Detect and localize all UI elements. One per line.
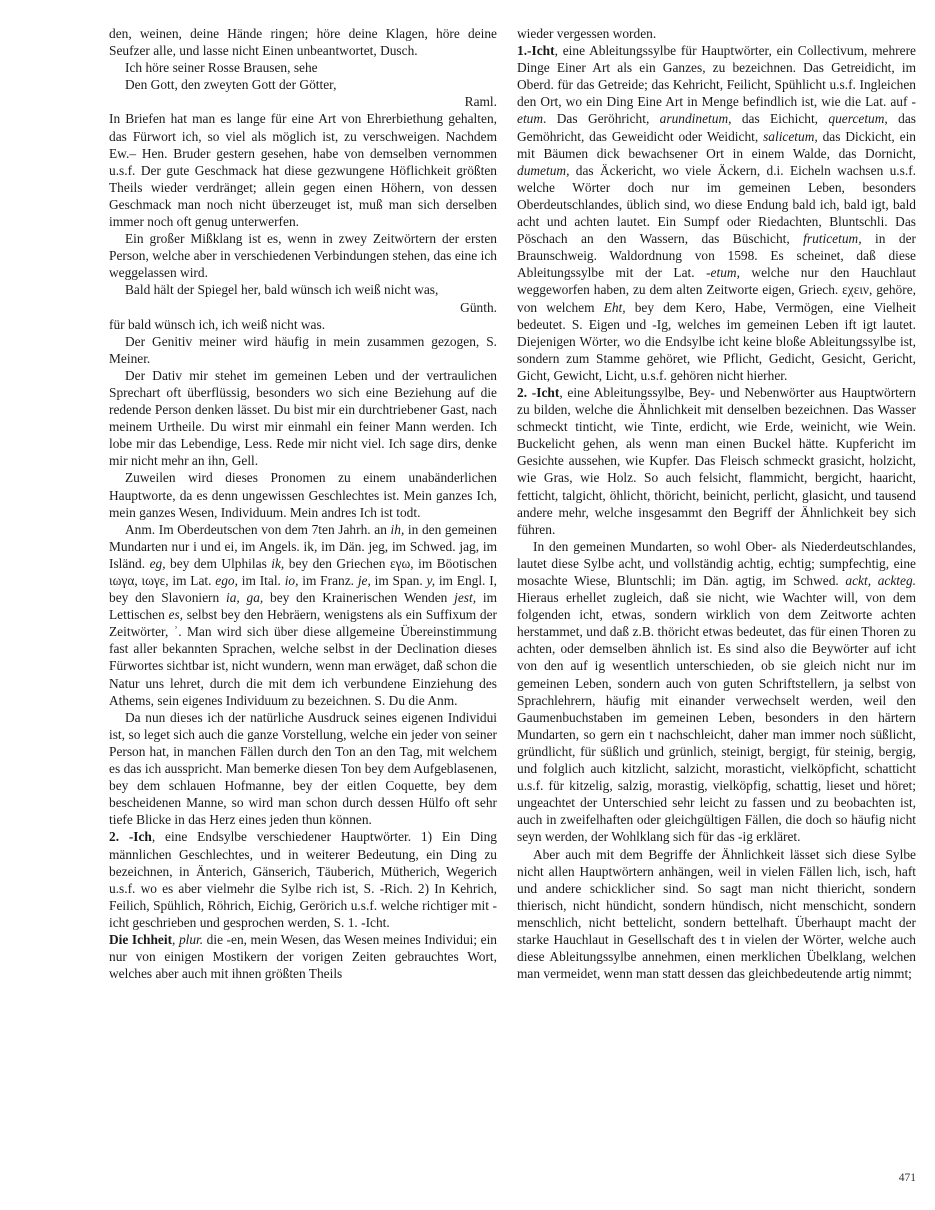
text-run: im Ital. bbox=[238, 573, 285, 588]
citation-attribution: Günth. bbox=[109, 299, 497, 316]
paragraph: In den gemeinen Mundarten, so wohl Ober-… bbox=[517, 538, 916, 846]
citation-attribution: Raml. bbox=[109, 93, 497, 110]
italic-term: y, bbox=[426, 573, 435, 588]
text-run: bey dem Ulphilas bbox=[166, 556, 272, 571]
verse-line: Bald hält der Spiegel her, bald wünsch i… bbox=[109, 281, 497, 298]
italic-term: ia, ga, bbox=[226, 590, 263, 605]
italic-term: es, bbox=[169, 607, 184, 622]
italic-term: fruticetum, bbox=[803, 231, 861, 246]
paragraph: wieder vergessen worden. bbox=[517, 25, 916, 42]
text-run: Der Dativ mir stehet im gemeinen Leben u… bbox=[109, 368, 497, 468]
italic-term: quercetum, bbox=[828, 111, 887, 126]
italic-term: jest, bbox=[454, 590, 476, 605]
text-run: , bbox=[172, 932, 179, 947]
dictionary-entry: 2. -Ich, eine Endsylbe verschiedener Hau… bbox=[109, 828, 497, 931]
text-run: Hieraus erhellet zugleich, daß sie nicht… bbox=[517, 590, 916, 844]
italic-term: eg, bbox=[150, 556, 166, 571]
paragraph: Ein großer Mißklang ist es, wenn in zwey… bbox=[109, 230, 497, 281]
italic-term: je, bbox=[358, 573, 371, 588]
paragraph: Der Dativ mir stehet im gemeinen Leben u… bbox=[109, 367, 497, 470]
text-run: selbst bey den Hebräern, wenigstens als … bbox=[109, 607, 497, 707]
text-run: Ich höre seiner Rosse Brausen, sehe bbox=[125, 60, 318, 75]
text-run: Bald hält der Spiegel her, bald wünsch i… bbox=[125, 282, 438, 297]
dictionary-entry: Die Ichheit, plur. die -en, mein Wesen, … bbox=[109, 931, 497, 982]
italic-term: Eht, bbox=[604, 300, 626, 315]
dictionary-entry: 2. -Icht, eine Ableitungssylbe, Bey- und… bbox=[517, 384, 916, 538]
italic-term: salicetum, bbox=[763, 129, 818, 144]
italic-term: ik, bbox=[271, 556, 284, 571]
paragraph: Da nun dieses ich der natürliche Ausdruc… bbox=[109, 709, 497, 829]
text-run: das Eichicht, bbox=[731, 111, 828, 126]
verse-line: Ich höre seiner Rosse Brausen, sehe bbox=[109, 59, 497, 76]
italic-term: io, bbox=[285, 573, 299, 588]
text-run: Anm. Im Oberdeutschen von dem 7ten Jahrh… bbox=[125, 522, 391, 537]
paragraph: Zuweilen wird dieses Pronomen zu einem u… bbox=[109, 469, 497, 520]
text-run: Aber auch mit dem Begriffe der Ähnlichke… bbox=[517, 847, 916, 982]
text-run: In Briefen hat man es lange für eine Art… bbox=[109, 111, 497, 229]
paragraph: Aber auch mit dem Begriffe der Ähnlichke… bbox=[517, 846, 916, 983]
italic-term: plur. bbox=[179, 932, 203, 947]
italic-term: arundinetum, bbox=[660, 111, 732, 126]
verse-line: Den Gott, den zweyten Gott der Götter, bbox=[109, 76, 497, 93]
text-run: Den Gott, den zweyten Gott der Götter, bbox=[125, 77, 336, 92]
text-run: . Das Geröhricht, bbox=[543, 111, 660, 126]
text-run: Da nun dieses ich der natürliche Ausdruc… bbox=[109, 710, 497, 828]
paragraph: Der Genitiv meiner wird häufig in mein z… bbox=[109, 333, 497, 367]
paragraph: für bald wünsch ich, ich weiß nicht was. bbox=[109, 316, 497, 333]
paragraph: Anm. Im Oberdeutschen von dem 7ten Jahrh… bbox=[109, 521, 497, 709]
text-run: Günth. bbox=[460, 300, 497, 315]
text-run: Raml. bbox=[465, 94, 497, 109]
headword: 2. -Ich bbox=[109, 829, 152, 844]
italic-term: ackt, ackteg. bbox=[845, 573, 916, 588]
text-run: den, weinen, deine Hände ringen; höre de… bbox=[109, 26, 497, 58]
headword: 2. -Icht bbox=[517, 385, 559, 400]
text-run: im Franz. bbox=[298, 573, 357, 588]
page-number: 471 bbox=[899, 1172, 916, 1184]
italic-term: ego, bbox=[215, 573, 238, 588]
text-run: , eine Ableitungssylbe, Bey- und Nebenwö… bbox=[517, 385, 916, 537]
paragraph: In Briefen hat man es lange für eine Art… bbox=[109, 110, 497, 230]
text-run: bey den Krainerischen Wenden bbox=[263, 590, 454, 605]
left-column: den, weinen, deine Hände ringen; höre de… bbox=[109, 25, 497, 982]
dictionary-entry: 1.-Icht, eine Ableitungssylbe für Hauptw… bbox=[517, 42, 916, 384]
dictionary-page: den, weinen, deine Hände ringen; höre de… bbox=[0, 0, 935, 1210]
headword: Die Ichheit bbox=[109, 932, 172, 947]
paragraph: den, weinen, deine Hände ringen; höre de… bbox=[109, 25, 497, 59]
italic-term: ih, bbox=[391, 522, 405, 537]
text-run: Zuweilen wird dieses Pronomen zu einem u… bbox=[109, 470, 497, 519]
text-run: Ein großer Mißklang ist es, wenn in zwey… bbox=[109, 231, 497, 280]
text-run: Der Genitiv meiner wird häufig in mein z… bbox=[109, 334, 497, 366]
text-run: , eine Endsylbe verschiedener Hauptwörte… bbox=[109, 829, 497, 929]
text-run: im Span. bbox=[371, 573, 427, 588]
italic-term: dumetum, bbox=[517, 163, 569, 178]
right-column: wieder vergessen worden.1.-Icht, eine Ab… bbox=[517, 25, 916, 982]
italic-term: -etum, bbox=[706, 265, 740, 280]
text-run: für bald wünsch ich, ich weiß nicht was. bbox=[109, 317, 325, 332]
headword: 1.-Icht bbox=[517, 43, 555, 58]
text-run: , eine Ableitungssylbe für Hauptwörter, … bbox=[517, 43, 916, 109]
text-run: wieder vergessen worden. bbox=[517, 26, 656, 41]
